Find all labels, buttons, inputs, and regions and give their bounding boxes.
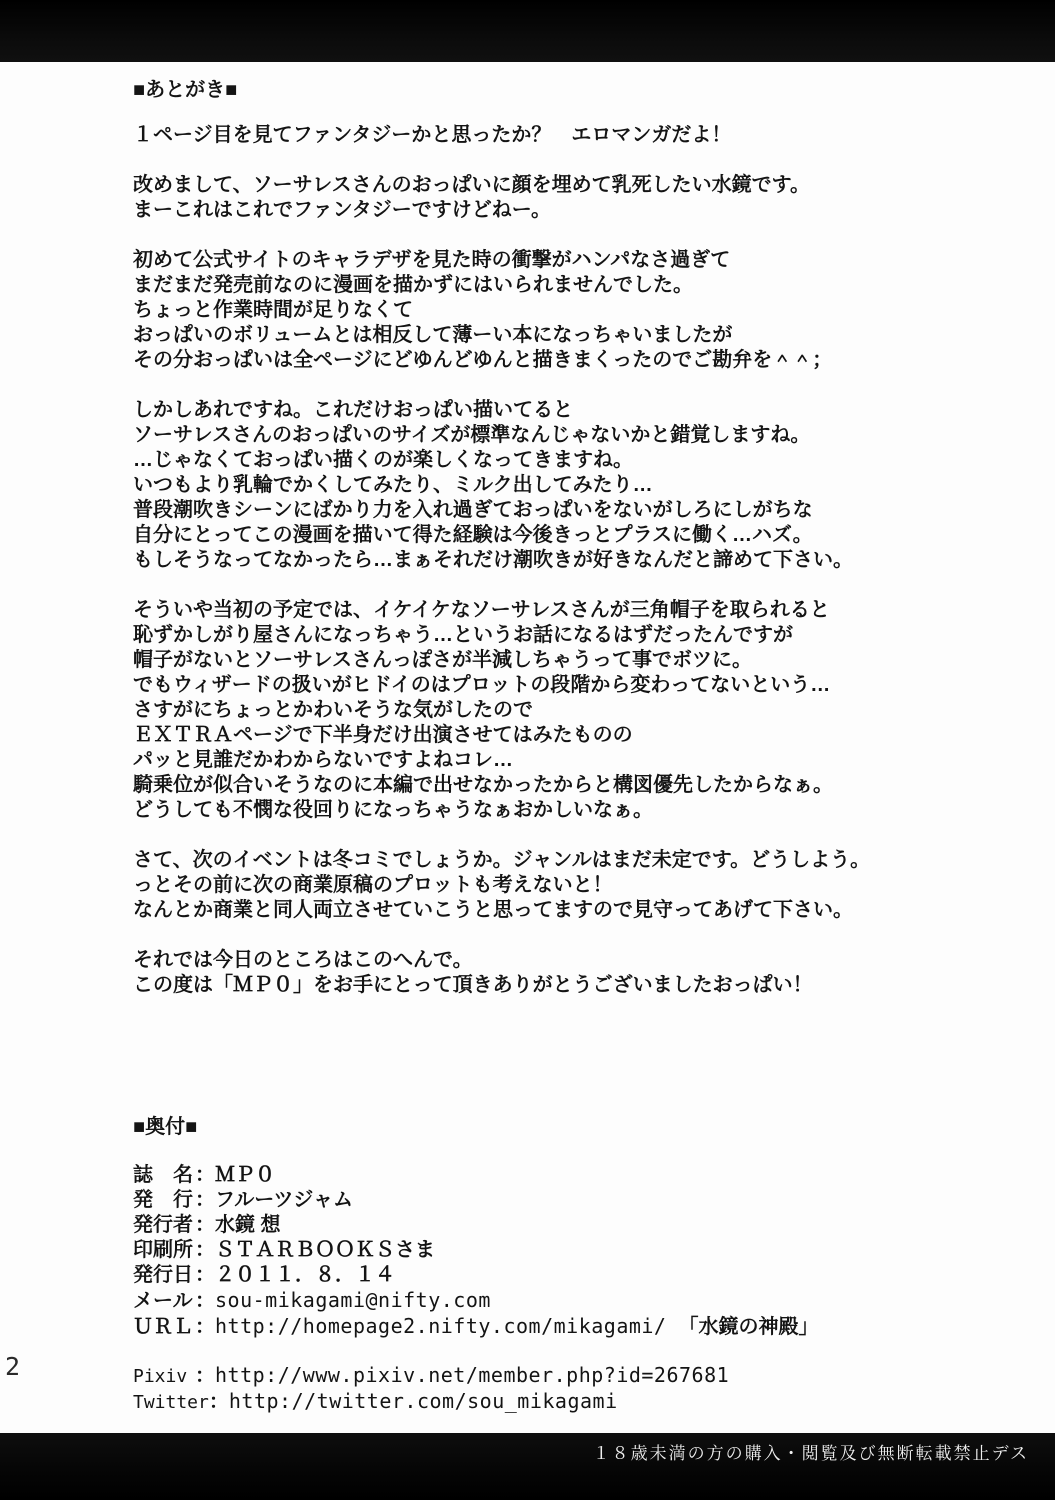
afterword-paragraphs: １ページ目を見てファンタジーかと思ったか？ エロマンガだよ！改めまして、ソーサレ…	[133, 123, 1033, 998]
afterword-line: 恥ずかしがり屋さんになっちゃう…というお話になるはずだったんですが	[133, 623, 1033, 648]
afterword-line: どうしても不憫な役回りになっちゃうなぁおかしいなぁ。	[133, 798, 1033, 823]
afterword-line: その分おっぱいは全ページにどゆんどゆんと描きまくったのでご勘弁を＾＾；	[133, 348, 1033, 373]
afterword-line: もしそうなってなかったら…まぁそれだけ潮吹きが好きなんだと諦めて下さい。	[133, 548, 1033, 573]
afterword-line: いつもより乳輪でかくしてみたり、ミルク出してみたり…	[133, 473, 1033, 498]
colophon-value: ＳＴＡＲＢＯＯＫＳさま	[215, 1239, 435, 1261]
colophon-value-suffix: 「水鏡の神殿」	[678, 1316, 818, 1338]
afterword-line: 自分にとってこの漫画を描いて得た経験は今後きっとプラスに働く…ハズ。	[133, 523, 1033, 548]
colophon-value: ＭＰ０	[215, 1164, 275, 1186]
afterword-heading: ■あとがき■	[133, 78, 1033, 103]
colophon-value: http://twitter.com/sou_mikagami	[229, 1389, 618, 1413]
afterword-paragraph: 初めて公式サイトのキャラデザを見た時の衝撃がハンパなさ過ぎてまだまだ発売前なのに…	[133, 248, 1033, 373]
colophon-separator: ：	[195, 1239, 215, 1261]
afterword-line: っとその前に次の商業原稿のプロットも考えないと！	[133, 873, 1033, 898]
colophon-label: Pixiv	[133, 1364, 195, 1389]
afterword-paragraph: 改めまして、ソーサレスさんのおっぱいに顔を埋めて乳死したい水鏡です。まーこれはこ…	[133, 173, 1033, 223]
afterword-paragraph: さて、次のイベントは冬コミでしょうか。ジャンルはまだ未定です。どうしよう。っとそ…	[133, 848, 1033, 923]
colophon-value: フルーツジャム	[215, 1189, 353, 1211]
afterword-paragraph: しかしあれですね。これだけおっぱい描いてるとソーサレスさんのおっぱいのサイズが標…	[133, 398, 1033, 573]
colophon-links: Pixiv：http://www.pixiv.net/member.php?id…	[133, 1363, 1033, 1415]
colophon-value: http://www.pixiv.net/member.php?id=26768…	[215, 1363, 729, 1387]
colophon-label: 発行日	[133, 1263, 195, 1288]
page-content: ■あとがき■ １ページ目を見てファンタジーかと思ったか？ エロマンガだよ！改めま…	[133, 78, 1033, 1415]
afterword-line: さすがにちょっとかわいそうな気がしたので	[133, 698, 1033, 723]
colophon-link-entry: Twitter：http://twitter.com/sou_mikagami	[133, 1389, 1033, 1415]
afterword-line: 帽子がないとソーサレスさんっぽさが半減しちゃうって事でボツに。	[133, 648, 1033, 673]
colophon-separator: ：	[195, 1316, 215, 1338]
afterword-line: ソーサレスさんのおっぱいのサイズが標準なんじゃないかと錯覚しますね。	[133, 423, 1033, 448]
colophon-value: sou-mikagami@nifty.com	[215, 1288, 491, 1312]
afterword-line: ＥＸＴＲＡページで下半身だけ出演させてはみたものの	[133, 723, 1033, 748]
colophon-entry: 誌 名：ＭＰ０	[133, 1163, 1033, 1188]
colophon-separator: ：	[195, 1264, 215, 1286]
colophon-entry: メール：sou-mikagami@nifty.com	[133, 1288, 1033, 1314]
afterword-line: まーこれはこれでファンタジーですけどねー。	[133, 198, 1033, 223]
colophon-label: ＵＲＬ	[133, 1315, 195, 1340]
colophon-value: ２０１１．８．１４	[215, 1264, 395, 1286]
afterword-line: １ページ目を見てファンタジーかと思ったか？ エロマンガだよ！	[133, 123, 1033, 148]
colophon-entry: 印刷所：ＳＴＡＲＢＯＯＫＳさま	[133, 1238, 1033, 1263]
afterword-line: パッと見誰だかわからないですよねコレ…	[133, 748, 1033, 773]
colophon-entry: ＵＲＬ：http://homepage2.nifty.com/mikagami/…	[133, 1314, 1033, 1340]
afterword-line: 騎乗位が似合いそうなのに本編で出せなかったからと構図優先したからなぁ。	[133, 773, 1033, 798]
bottom-black-bar: １８歳未満の方の購入・閲覧及び無断転載禁止デス	[0, 1433, 1055, 1500]
age-restriction-notice: １８歳未満の方の購入・閲覧及び無断転載禁止デス	[0, 1433, 1055, 1464]
afterword-line: まだまだ発売前なのに漫画を描かずにはいられませんでした。	[133, 273, 1033, 298]
afterword-line: 改めまして、ソーサレスさんのおっぱいに顔を埋めて乳死したい水鏡です。	[133, 173, 1033, 198]
colophon-separator: ：	[195, 1189, 215, 1211]
colophon-separator: ：	[195, 1365, 215, 1387]
afterword-line: ちょっと作業時間が足りなくて	[133, 298, 1033, 323]
colophon-value: http://homepage2.nifty.com/mikagami/	[215, 1314, 666, 1338]
afterword-paragraph: １ページ目を見てファンタジーかと思ったか？ エロマンガだよ！	[133, 123, 1033, 148]
colophon-entries: 誌 名：ＭＰ０発 行：フルーツジャム発行者：水鏡 想印刷所：ＳＴＡＲＢＯＯＫＳさ…	[133, 1163, 1033, 1340]
afterword-line: そういや当初の予定では、イケイケなソーサレスさんが三角帽子を取られると	[133, 598, 1033, 623]
colophon-entry: 発行者：水鏡 想	[133, 1213, 1033, 1238]
afterword-line: なんとか商業と同人両立させていこうと思ってますので見守ってあげて下さい。	[133, 898, 1033, 923]
colophon-value: 水鏡 想	[215, 1214, 281, 1236]
colophon-label: 誌 名	[133, 1163, 195, 1188]
afterword-line: 初めて公式サイトのキャラデザを見た時の衝撃がハンパなさ過ぎて	[133, 248, 1033, 273]
colophon-separator: ：	[209, 1391, 229, 1413]
colophon-label: メール	[133, 1289, 195, 1314]
colophon-separator: ：	[195, 1164, 215, 1186]
scanned-doujin-page: ■あとがき■ １ページ目を見てファンタジーかと思ったか？ エロマンガだよ！改めま…	[0, 0, 1055, 1500]
afterword-line: でもウィザードの扱いがヒドイのはプロットの段階から変わってないという…	[133, 673, 1033, 698]
colophon-separator: ：	[195, 1290, 215, 1312]
afterword-line: それでは今日のところはこのへんで。	[133, 948, 1033, 973]
afterword-line: おっぱいのボリュームとは相反して薄ーい本になっちゃいましたが	[133, 323, 1033, 348]
colophon-separator: ：	[195, 1214, 215, 1236]
colophon-label: Twitter	[133, 1390, 209, 1415]
colophon-label: 発 行	[133, 1188, 195, 1213]
colophon-heading: ■奥付■	[133, 1115, 1033, 1140]
afterword-line: しかしあれですね。これだけおっぱい描いてると	[133, 398, 1033, 423]
colophon-label: 印刷所	[133, 1238, 195, 1263]
colophon-entry: 発 行：フルーツジャム	[133, 1188, 1033, 1213]
afterword-line: 普段潮吹きシーンにばかり力を入れ過ぎておっぱいをないがしろにしがちな	[133, 498, 1033, 523]
top-black-bar	[0, 0, 1055, 62]
page-number: 2	[5, 1352, 20, 1381]
afterword-paragraph: それでは今日のところはこのへんで。この度は「ＭＰ０」をお手にとって頂きありがとう…	[133, 948, 1033, 998]
afterword-line: さて、次のイベントは冬コミでしょうか。ジャンルはまだ未定です。どうしよう。	[133, 848, 1033, 873]
colophon-entry: 発行日：２０１１．８．１４	[133, 1263, 1033, 1288]
colophon-link-entry: Pixiv：http://www.pixiv.net/member.php?id…	[133, 1363, 1033, 1389]
afterword-line: …じゃなくておっぱい描くのが楽しくなってきますね。	[133, 448, 1033, 473]
afterword-line: この度は「ＭＰ０」をお手にとって頂きありがとうございましたおっぱい！	[133, 973, 1033, 998]
colophon-label: 発行者	[133, 1213, 195, 1238]
afterword-paragraph: そういや当初の予定では、イケイケなソーサレスさんが三角帽子を取られると恥ずかしが…	[133, 598, 1033, 823]
